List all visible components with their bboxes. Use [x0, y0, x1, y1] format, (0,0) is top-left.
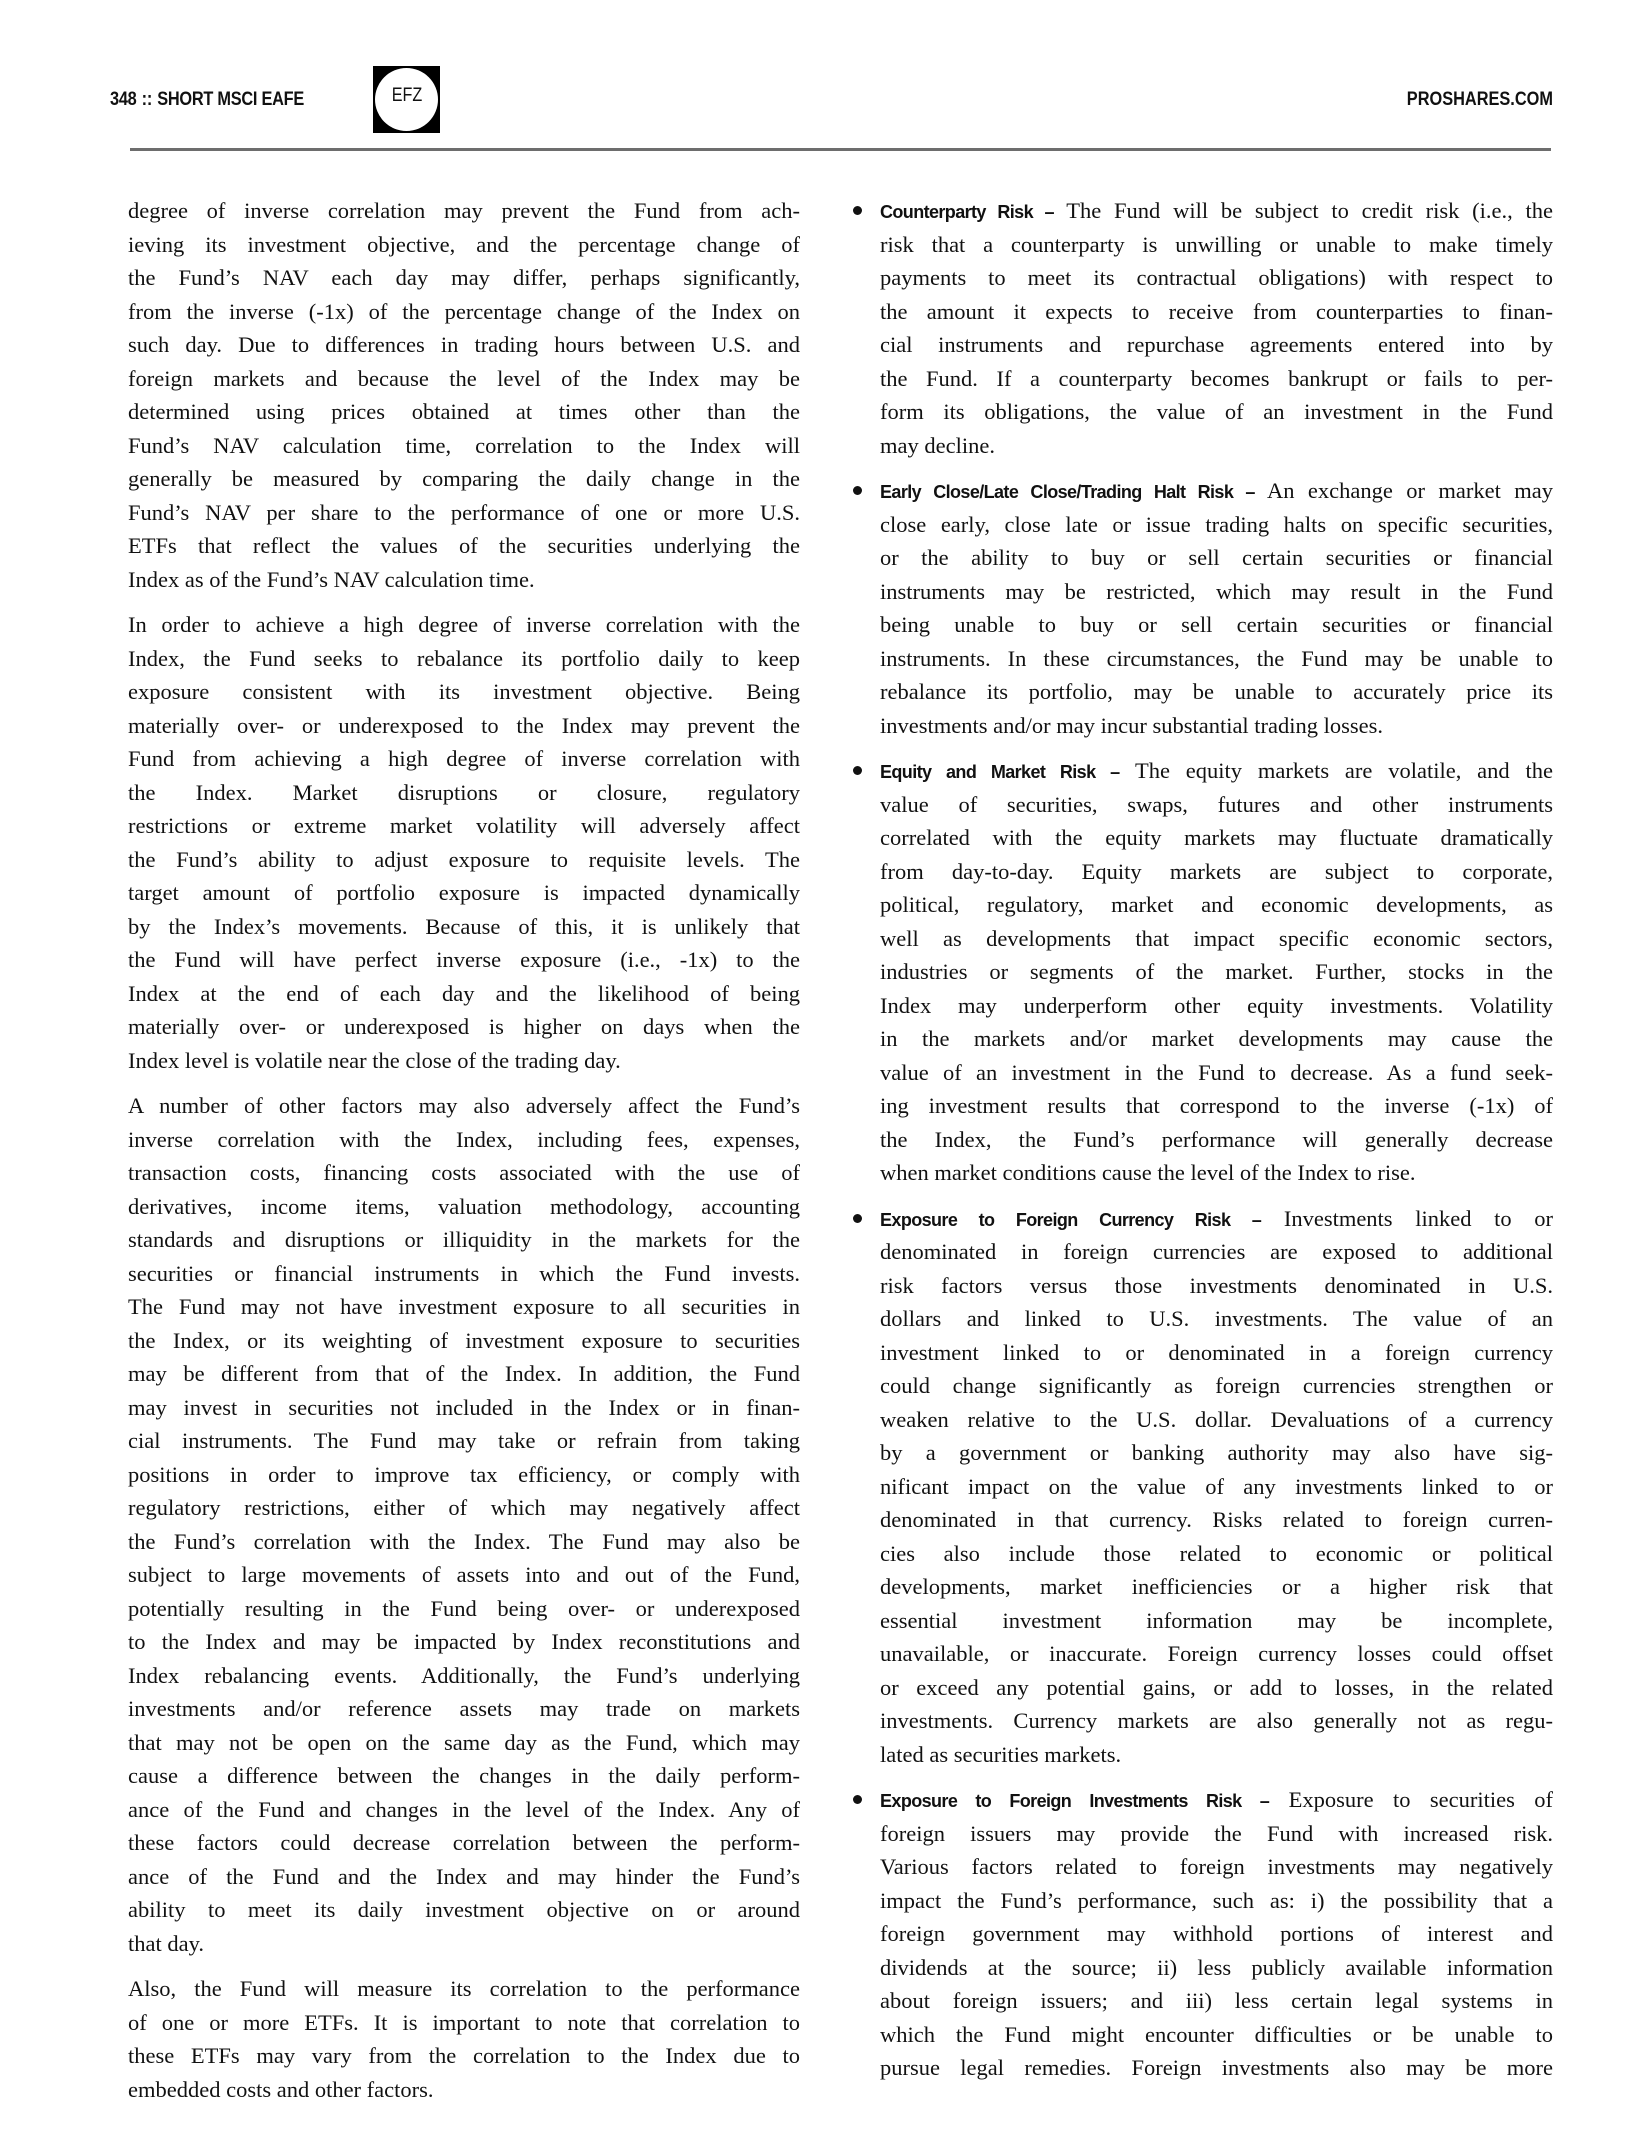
risk-first-line: The Fund will be subject to credit risk … — [1054, 198, 1553, 223]
text-line: developments, market inefficiencies or a… — [880, 1570, 1553, 1604]
text-line: such day. Due to differences in trading … — [128, 328, 800, 362]
text-line: target amount of portfolio exposure is i… — [128, 876, 800, 910]
text-line: when market conditions cause the level o… — [880, 1156, 1553, 1190]
text-line: Exposure to Foreign Investments Risk – E… — [880, 1783, 1553, 1817]
text-line: the Fund. If a counterparty becomes bank… — [880, 362, 1553, 396]
text-line: Index as of the Fund’s NAV calculation t… — [128, 563, 800, 597]
text-line: or exceed any potential gains, or add to… — [880, 1671, 1553, 1705]
text-line: foreign government may withhold portions… — [880, 1917, 1553, 1951]
text-line: payments to meet its contractual obligat… — [880, 261, 1553, 295]
text-line: Counterparty Risk – The Fund will be sub… — [880, 194, 1553, 228]
text-line: Fund’s NAV calculation time, correlation… — [128, 429, 800, 463]
text-line: A number of other factors may also adver… — [128, 1089, 800, 1123]
text-line: by the Index’s movements. Because of thi… — [128, 910, 800, 944]
text-line: investments and/or may incur substantial… — [880, 709, 1553, 743]
text-line: that may not be open on the same day as … — [128, 1726, 800, 1760]
text-line: Index at the end of each day and the lik… — [128, 977, 800, 1011]
separator: :: — [142, 89, 152, 110]
bullet-icon — [853, 766, 862, 775]
text-line: political, regulatory, market and econom… — [880, 888, 1553, 922]
text-line: lated as securities markets. — [880, 1738, 1553, 1772]
text-line: these ETFs may vary from the correlation… — [128, 2039, 800, 2073]
risk-title: Exposure to Foreign Currency Risk – — [880, 1210, 1261, 1230]
text-line: nificant impact on the value of any inve… — [880, 1470, 1553, 1504]
text-line: Exposure to Foreign Currency Risk – Inve… — [880, 1202, 1553, 1236]
text-line: in the markets and/or market development… — [880, 1022, 1553, 1056]
text-line: about foreign issuers; and iii) less cer… — [880, 1984, 1553, 2018]
text-line: the Index, or its weighting of investmen… — [128, 1324, 800, 1358]
text-line: Various factors related to foreign inves… — [880, 1850, 1553, 1884]
text-line: potentially resulting in the Fund being … — [128, 1592, 800, 1626]
text-line: embedded costs and other factors. — [128, 2073, 800, 2107]
text-line: or the ability to buy or sell certain se… — [880, 541, 1553, 575]
text-line: the Fund’s ability to adjust exposure to… — [128, 843, 800, 877]
text-line: that day. — [128, 1927, 800, 1961]
text-line: ance of the Fund and changes in the leve… — [128, 1793, 800, 1827]
text-line: which the Fund might encounter difficult… — [880, 2018, 1553, 2052]
text-line: denominated in that currency. Risks rela… — [880, 1503, 1553, 1537]
text-line: unavailable, or inaccurate. Foreign curr… — [880, 1637, 1553, 1671]
text-line: inverse correlation with the Index, incl… — [128, 1123, 800, 1157]
text-line: ieving its investment objective, and the… — [128, 228, 800, 262]
text-line: rebalance its portfolio, may be unable t… — [880, 675, 1553, 709]
text-line: degree of inverse correlation may preven… — [128, 194, 800, 228]
running-head: 348::SHORT MSCI EAFE — [110, 89, 304, 111]
text-line: subject to large movements of assets int… — [128, 1558, 800, 1592]
text-line: may decline. — [880, 429, 1553, 463]
text-line: investments and/or reference assets may … — [128, 1692, 800, 1726]
text-line: risk that a counterparty is unwilling or… — [880, 228, 1553, 262]
risk-first-line: Investments linked to or — [1261, 1206, 1553, 1231]
text-line: being unable to buy or sell certain secu… — [880, 608, 1553, 642]
text-line: the amount it expects to receive from co… — [880, 295, 1553, 329]
text-line: industries or segments of the market. Fu… — [880, 955, 1553, 989]
text-line: generally be measured by comparing the d… — [128, 462, 800, 496]
text-line: cial instruments and repurchase agreemen… — [880, 328, 1553, 362]
text-line: The Fund may not have investment exposur… — [128, 1290, 800, 1324]
text-line: the Fund will have perfect inverse expos… — [128, 943, 800, 977]
text-line: materially over- or underexposed to the … — [128, 709, 800, 743]
text-line: positions in order to improve tax effici… — [128, 1458, 800, 1492]
fund-name: SHORT MSCI EAFE — [157, 89, 304, 110]
text-line: impact the Fund’s performance, such as: … — [880, 1884, 1553, 1918]
text-line: close early, close late or issue trading… — [880, 508, 1553, 542]
risk-title: Exposure to Foreign Investments Risk – — [880, 1791, 1269, 1811]
text-line: these factors could decrease correlation… — [128, 1826, 800, 1860]
risk-title: Equity and Market Risk – — [880, 762, 1120, 782]
text-line: Index level is volatile near the close o… — [128, 1044, 800, 1078]
text-line: ance of the Fund and the Index and may h… — [128, 1860, 800, 1894]
risk-list-item: Exposure to Foreign Investments Risk – E… — [853, 1783, 1553, 2085]
text-line: determined using prices obtained at time… — [128, 395, 800, 429]
text-line: transaction costs, financing costs assoc… — [128, 1156, 800, 1190]
text-line: essential investment information may be … — [880, 1604, 1553, 1638]
text-line: weaken relative to the U.S. dollar. Deva… — [880, 1403, 1553, 1437]
text-line: cause a difference between the changes i… — [128, 1759, 800, 1793]
risk-list-item: Exposure to Foreign Currency Risk – Inve… — [853, 1202, 1553, 1772]
text-line: value of securities, swaps, futures and … — [880, 788, 1553, 822]
bullet-icon — [853, 206, 862, 215]
text-line: dollars and linked to U.S. investments. … — [880, 1302, 1553, 1336]
text-line: from the inverse (-1x) of the percentage… — [128, 295, 800, 329]
text-line: risk factors versus those investments de… — [880, 1269, 1553, 1303]
risk-title: Counterparty Risk – — [880, 202, 1054, 222]
text-line: ETFs that reflect the values of the secu… — [128, 529, 800, 563]
left-column: degree of inverse correlation may preven… — [128, 194, 800, 2118]
page-header: 348::SHORT MSCI EAFE EFZ PROSHARES.COM — [0, 0, 1650, 160]
text-line: the Index, the Fund’s performance will g… — [880, 1123, 1553, 1157]
text-line: instruments may be restricted, which may… — [880, 575, 1553, 609]
text-line: ability to meet its daily investment obj… — [128, 1893, 800, 1927]
text-line: to the Index and may be impacted by Inde… — [128, 1625, 800, 1659]
text-line: pursue legal remedies. Foreign investmen… — [880, 2051, 1553, 2085]
text-line: by a government or banking authority may… — [880, 1436, 1553, 1470]
ticker-label: EFZ — [391, 85, 422, 107]
body-paragraph: Also, the Fund will measure its correlat… — [128, 1972, 800, 2106]
risk-title: Early Close/Late Close/Trading Halt Risk… — [880, 482, 1255, 502]
text-line: correlated with the equity markets may f… — [880, 821, 1553, 855]
text-line: may invest in securities not included in… — [128, 1391, 800, 1425]
text-line: foreign issuers may provide the Fund wit… — [880, 1817, 1553, 1851]
right-column: Counterparty Risk – The Fund will be sub… — [853, 194, 1553, 2097]
body-paragraph: degree of inverse correlation may preven… — [128, 194, 800, 596]
text-line: Also, the Fund will measure its correlat… — [128, 1972, 800, 2006]
text-line: Index rebalancing events. Additionally, … — [128, 1659, 800, 1693]
text-line: of one or more ETFs. It is important to … — [128, 2006, 800, 2040]
text-line: the Fund’s correlation with the Index. T… — [128, 1525, 800, 1559]
text-line: could change significantly as foreign cu… — [880, 1369, 1553, 1403]
text-line: dividends at the source; ii) less public… — [880, 1951, 1553, 1985]
text-line: the Index. Market disruptions or closure… — [128, 776, 800, 810]
text-line: investment linked to or denominated in a… — [880, 1336, 1553, 1370]
text-line: form its obligations, the value of an in… — [880, 395, 1553, 429]
text-line: standards and disruptions or illiquidity… — [128, 1223, 800, 1257]
text-line: instruments. In these circumstances, the… — [880, 642, 1553, 676]
website-label: PROSHARES.COM — [1407, 89, 1553, 111]
body-paragraph: A number of other factors may also adver… — [128, 1089, 800, 1960]
text-line: the Fund’s NAV each day may differ, perh… — [128, 261, 800, 295]
text-line: derivatives, income items, valuation met… — [128, 1190, 800, 1224]
text-line: materially over- or underexposed is high… — [128, 1010, 800, 1044]
text-line: value of an investment in the Fund to de… — [880, 1056, 1553, 1090]
bullet-icon — [853, 1214, 862, 1223]
text-line: Fund from achieving a high degree of inv… — [128, 742, 800, 776]
ticker-badge: EFZ — [373, 66, 440, 133]
page-number: 348 — [110, 89, 136, 110]
text-line: restrictions or extreme market volatilit… — [128, 809, 800, 843]
text-line: Index, the Fund seeks to rebalance its p… — [128, 642, 800, 676]
bullet-icon — [853, 1795, 862, 1804]
ticker-badge-circle-icon: EFZ — [375, 68, 438, 131]
body-paragraph: In order to achieve a high degree of inv… — [128, 608, 800, 1077]
text-line: Index may underperform other equity inve… — [880, 989, 1553, 1023]
text-line: from day-to-day. Equity markets are subj… — [880, 855, 1553, 889]
text-line: cies also include those related to econo… — [880, 1537, 1553, 1571]
header-divider — [130, 148, 1551, 151]
text-line: may be different from that of the Index.… — [128, 1357, 800, 1391]
text-line: exposure consistent with its investment … — [128, 675, 800, 709]
risk-first-line: The equity markets are volatile, and the — [1120, 758, 1553, 783]
text-line: cial instruments. The Fund may take or r… — [128, 1424, 800, 1458]
risk-list-item: Counterparty Risk – The Fund will be sub… — [853, 194, 1553, 462]
risk-first-line: An exchange or market may — [1255, 478, 1553, 503]
text-line: well as developments that impact specifi… — [880, 922, 1553, 956]
risk-list-item: Early Close/Late Close/Trading Halt Risk… — [853, 474, 1553, 742]
text-line: Early Close/Late Close/Trading Halt Risk… — [880, 474, 1553, 508]
text-line: foreign markets and because the level of… — [128, 362, 800, 396]
risk-list-item: Equity and Market Risk – The equity mark… — [853, 754, 1553, 1190]
text-line: investments. Currency markets are also g… — [880, 1704, 1553, 1738]
text-line: denominated in foreign currencies are ex… — [880, 1235, 1553, 1269]
text-line: In order to achieve a high degree of inv… — [128, 608, 800, 642]
risk-first-line: Exposure to securities of — [1269, 1787, 1553, 1812]
bullet-icon — [853, 486, 862, 495]
text-line: ing investment results that correspond t… — [880, 1089, 1553, 1123]
text-line: securities or financial instruments in w… — [128, 1257, 800, 1291]
text-line: Equity and Market Risk – The equity mark… — [880, 754, 1553, 788]
text-line: Fund’s NAV per share to the performance … — [128, 496, 800, 530]
text-line: regulatory restrictions, either of which… — [128, 1491, 800, 1525]
